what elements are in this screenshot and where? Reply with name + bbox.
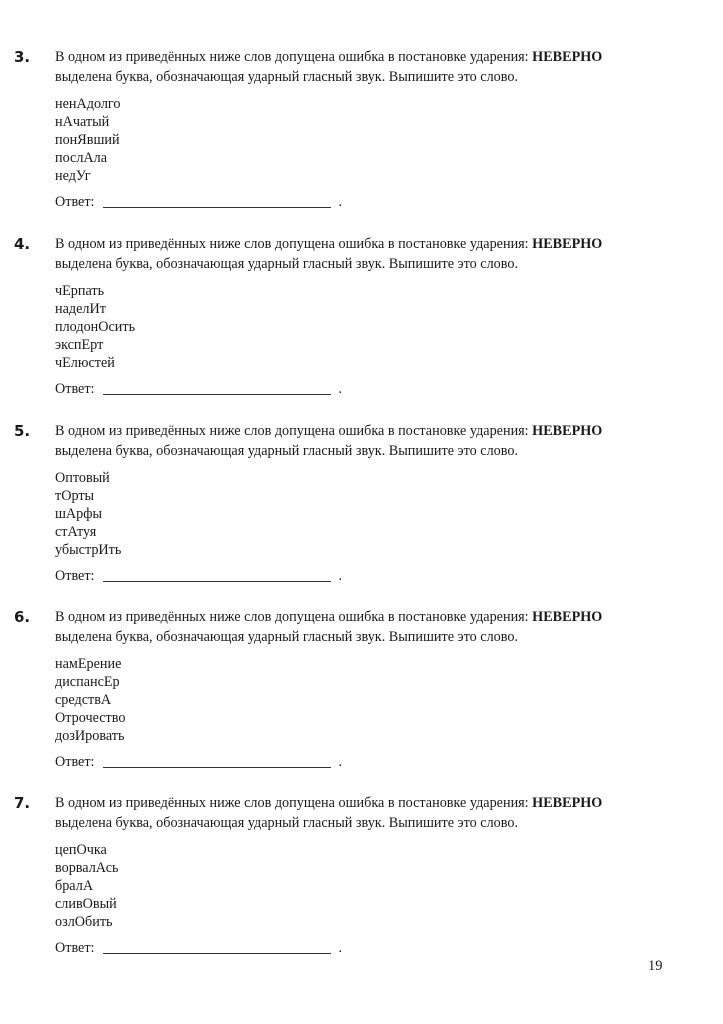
word-option: диспансЕр	[55, 673, 125, 691]
task-number: 3.	[14, 47, 30, 67]
answer-label: Ответ:	[55, 381, 95, 397]
task-prompt: В одном из приведённых ниже слов допущен…	[55, 421, 695, 461]
word-option: цепОчка	[55, 841, 118, 859]
prompt-emphasis: НЕВЕРНО	[532, 423, 602, 439]
word-option: недУг	[55, 167, 121, 185]
task-number: 7.	[14, 793, 30, 813]
page-number: 19	[648, 958, 663, 975]
word-option: плодонОсить	[55, 318, 135, 336]
answer-label: Ответ:	[55, 568, 95, 584]
word-option: Оптовый	[55, 469, 121, 487]
word-option: шАрфы	[55, 505, 121, 523]
answer-field[interactable]	[103, 393, 331, 395]
word-option: бралА	[55, 877, 118, 895]
answer-label: Ответ:	[55, 754, 95, 770]
prompt-emphasis: НЕВЕРНО	[532, 236, 602, 252]
answer-label: Ответ:	[55, 940, 95, 956]
word-option: сливОвый	[55, 895, 118, 913]
task-prompt: В одном из приведённых ниже слов допущен…	[55, 793, 695, 833]
answer-row: Ответ:.	[55, 193, 342, 211]
prompt-text: В одном из приведённых ниже слов допущен…	[55, 423, 532, 439]
answer-period: .	[339, 940, 343, 956]
task-number: 4.	[14, 234, 30, 254]
word-option: послАла	[55, 149, 121, 167]
word-list: ОптовыйтОртышАрфыстАтуяубыстрИть	[55, 469, 121, 559]
answer-label: Ответ:	[55, 194, 95, 210]
answer-row: Ответ:.	[55, 380, 342, 398]
answer-field[interactable]	[103, 952, 331, 954]
answer-period: .	[339, 194, 343, 210]
answer-field[interactable]	[103, 580, 331, 582]
word-list: чЕрпатьнаделИтплодонОситьэкспЕртчЕлюстей	[55, 282, 135, 372]
word-option: чЕлюстей	[55, 354, 135, 372]
prompt-text-line2: выделена буква, обозначающая ударный гла…	[55, 443, 518, 459]
task-prompt: В одном из приведённых ниже слов допущен…	[55, 47, 695, 87]
prompt-text: В одном из приведённых ниже слов допущен…	[55, 236, 532, 252]
word-option: средствА	[55, 691, 125, 709]
answer-period: .	[339, 381, 343, 397]
prompt-emphasis: НЕВЕРНО	[532, 49, 602, 65]
word-option: понЯвший	[55, 131, 121, 149]
word-option: намЕрение	[55, 655, 125, 673]
prompt-text: В одном из приведённых ниже слов допущен…	[55, 609, 532, 625]
answer-row: Ответ:.	[55, 567, 342, 585]
word-option: ворвалАсь	[55, 859, 118, 877]
word-list: цепОчкаворвалАсьбралАсливОвыйозлОбить	[55, 841, 118, 931]
word-option: убыстрИть	[55, 541, 121, 559]
word-option: ненАдолго	[55, 95, 121, 113]
word-option: дозИровать	[55, 727, 125, 745]
word-option: нАчатый	[55, 113, 121, 131]
answer-period: .	[339, 568, 343, 584]
answer-row: Ответ:.	[55, 753, 342, 771]
task-prompt: В одном из приведённых ниже слов допущен…	[55, 234, 695, 274]
prompt-text: В одном из приведённых ниже слов допущен…	[55, 795, 532, 811]
prompt-text-line2: выделена буква, обозначающая ударный гла…	[55, 256, 518, 272]
prompt-emphasis: НЕВЕРНО	[532, 795, 602, 811]
answer-field[interactable]	[103, 766, 331, 768]
word-list: ненАдолгонАчатыйпонЯвшийпослАланедУг	[55, 95, 121, 185]
word-option: наделИт	[55, 300, 135, 318]
answer-field[interactable]	[103, 206, 331, 208]
word-option: тОрты	[55, 487, 121, 505]
prompt-emphasis: НЕВЕРНО	[532, 609, 602, 625]
task-number: 6.	[14, 607, 30, 627]
prompt-text: В одном из приведённых ниже слов допущен…	[55, 49, 532, 65]
word-option: озлОбить	[55, 913, 118, 931]
answer-period: .	[339, 754, 343, 770]
prompt-text-line2: выделена буква, обозначающая ударный гла…	[55, 629, 518, 645]
word-list: намЕрениедиспансЕрсредствАОтрочестводозИ…	[55, 655, 125, 745]
word-option: чЕрпать	[55, 282, 135, 300]
word-option: Отрочество	[55, 709, 125, 727]
task-number: 5.	[14, 421, 30, 441]
prompt-text-line2: выделена буква, обозначающая ударный гла…	[55, 69, 518, 85]
word-option: экспЕрт	[55, 336, 135, 354]
task-prompt: В одном из приведённых ниже слов допущен…	[55, 607, 695, 647]
word-option: стАтуя	[55, 523, 121, 541]
prompt-text-line2: выделена буква, обозначающая ударный гла…	[55, 815, 518, 831]
answer-row: Ответ:.	[55, 939, 342, 957]
